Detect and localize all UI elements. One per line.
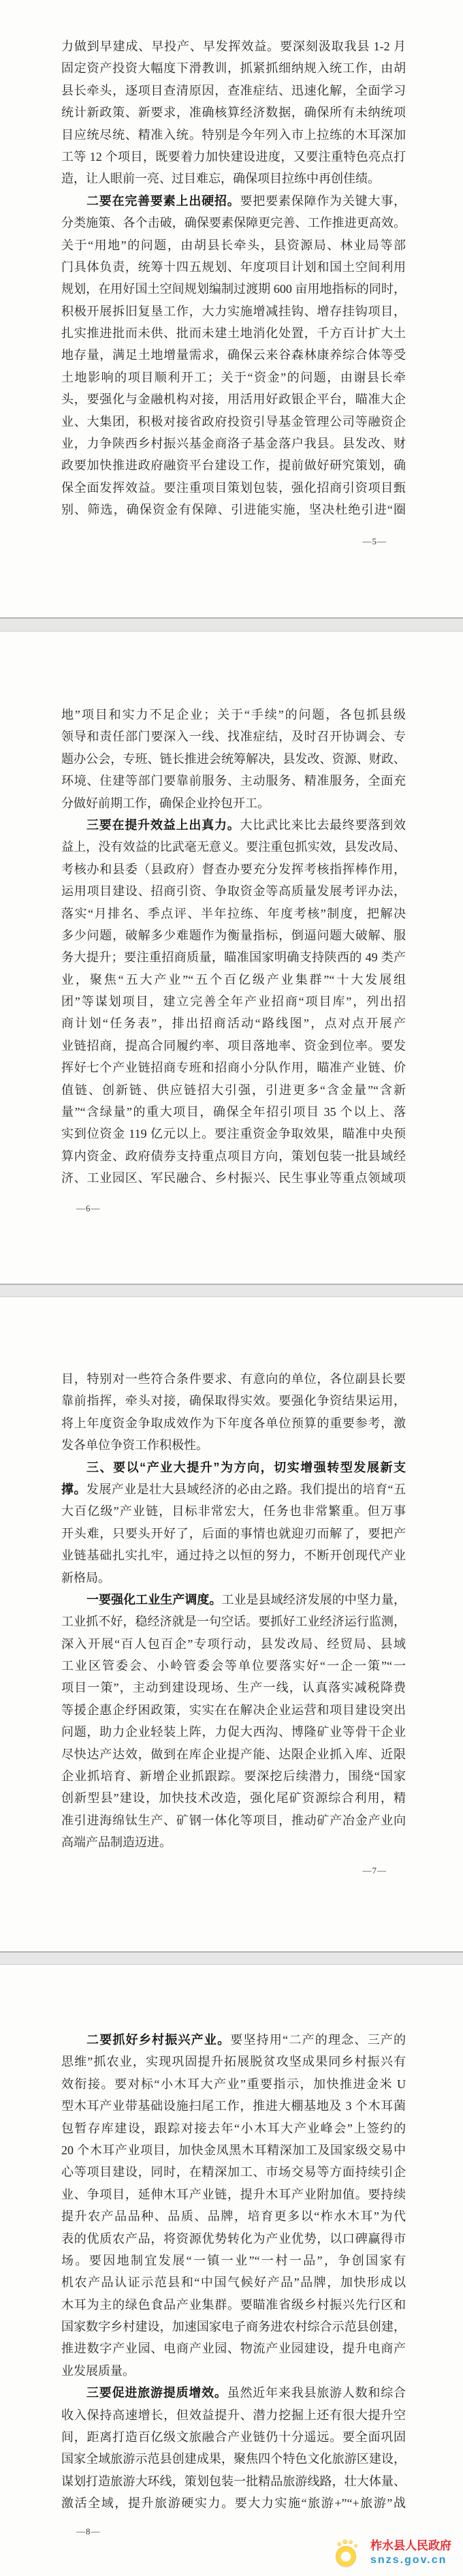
text-line: 靠前指挥，牵头对接，确保取得实效。要强化争资结果运用， (61, 1390, 406, 1412)
text-line: 业，聚焦“五大产业”“五个百亿级产业集群”“十大发展组 (61, 969, 406, 991)
text-line: 统计新政策、新要求，准确核算经济数据，确保所有未纳统项 (61, 102, 406, 123)
text-line: 算内资金、政府债券支持重点项目方向，策划包装一批县域经 (61, 1145, 406, 1167)
text-line: 提升农产品品种、品质、品牌，培育更多以“柞水木耳”为代 (61, 2205, 406, 2227)
text-line: 深入开展“百人包百企”专项行动，县发改局、经贸局、县域 (61, 1633, 406, 1655)
text-line: 落实“月排名、季点评、半年拉练、年度考核”制度，把解决 (61, 903, 406, 925)
text-line: 业链招商，提高合同履约率、项目落地率、资金到位率。要发 (61, 1035, 406, 1057)
text-line: 收入保持高速增长，但效益提升、潜力挖掘上还有很大提升空 (61, 2404, 406, 2426)
text-line: 二要在完善要素上出硬招。要把要素保障作为关键大事， (61, 190, 406, 212)
text-line: 挥好七个产业链招商专班和招商小分队作用，瞄准产业链、价 (61, 1057, 406, 1078)
text-line: 谋划打造旅游大环线，策划包装一批精品旅游线路，壮大体量、 (61, 2470, 406, 2492)
text-line: 商计划“任务表”，排出招商活动“路线图”，点对点开展产 (61, 1012, 406, 1034)
text-line: 准引进海绵钛生产、矿钢一体化等项目，推动矿产冶金产业向 (61, 1810, 406, 1831)
text-line: 工等 12 个项目，既要着力加快建设进度，又要注重特色亮点打 (61, 146, 406, 168)
text-line: 高端产品制造迈进。 (61, 1831, 406, 1853)
text-line: 问题，助力企业轻装上阵，力促大西沟、博隆矿业等骨干企业 (61, 1721, 406, 1743)
document-page-5: 力做到早建成、早投产、早发挥效益。要深刻汲取我县 1-2 月固定资产投资大幅度下… (0, 0, 463, 619)
text-line: 县长牵头，逐项目查清原因，查准症结、迅速化解，全面学习 (61, 80, 406, 102)
text-line: 造，让人眼前一亮、过目难忘，确保项目拉练中再创佳绩。 (61, 168, 406, 189)
text-line: 将上年度资金争取成效作为下年度各单位预算的重要参考，激 (61, 1412, 406, 1434)
text-line: 场。要因地制宜发展“一镇一业”“一村一品”，争创国家有 (61, 2250, 406, 2271)
page-text: 二要抓好乡村振兴产业。要坚持用“二产的理念、三产的思维”抓农业，实现巩固提升拓展… (61, 2029, 406, 2515)
text-line: 包暂存库建设，跟踪对接去年“小木耳大产业峰会”上签约的 (61, 2117, 406, 2139)
text-line: 撑。发展产业是壮大县域经济的必由之路。我们提出的培育“五 (61, 1478, 406, 1500)
text-line: 间，距离打造百亿级文旅融合产业链仍十分遥远。要全面巩固 (61, 2426, 406, 2448)
page-text: 力做到早建成、早投产、早发挥效益。要深刻汲取我县 1-2 月固定资产投资大幅度下… (61, 35, 406, 521)
text-line: 头，要强化与金融机构对接，用活用好政银企平台，瞄准大企 (61, 388, 406, 410)
text-line: 运用项目建设、招商引资、争取资金等高质量发展考评办法， (61, 880, 406, 902)
text-line: 企业抓培育、新增企业抓跟踪。要深挖后续潜力，围绕“国家 (61, 1765, 406, 1787)
text-line: 业、大集团，积极对接省政府投资引导基金管理公司等融资企 (61, 411, 406, 433)
text-line: 机农产品认证示范县和“中国气候好产品”品牌，加快形成以 (61, 2271, 406, 2293)
text-line: 政要加快推进政府融资平台建设工作，提前做好研究策划，确 (61, 454, 406, 476)
text-line: 业链基础扎实扎牢，通过持之以恒的努力，不断开创现代产业 (61, 1545, 406, 1566)
document-page-8: 二要抓好乡村振兴产业。要坚持用“二产的理念、三产的思维”抓农业，实现巩固提升拓展… (0, 1964, 463, 2576)
text-line: 济、工业园区、军民融合、乡村振兴、民生事业等重点领域项 (61, 1167, 406, 1189)
text-line: 激活全域，提升旅游硬实力。要大力实施“旅游+”“+旅游”战 (61, 2492, 406, 2514)
page-number: —8— (76, 2526, 101, 2537)
page-text: 地”项目和实力不足企业；关于“手续”的问题，各包抓县级领导和责任部门要深入一线、… (61, 704, 406, 1190)
text-line: 多少问题，破解多少难题作为衡量指标，倒逼问题大破解、服 (61, 925, 406, 946)
text-line: 业发展质量。 (61, 2360, 406, 2382)
text-line: 一要强化工业生产调度。工业是县域经济发展的中坚力量， (61, 1589, 406, 1611)
text-line: 值链、创新链、供应链招大引强，引进更多“含金量”“含新 (61, 1079, 406, 1101)
text-line: 地”项目和实力不足企业；关于“手续”的问题，各包抓县级 (61, 704, 406, 726)
text-line: 三、要以“产业大提升”为方向，切实增强转型发展新支 (61, 1457, 406, 1478)
watermark-site-name: 柞水县人民政府 (370, 2539, 451, 2553)
text-line: 等援企惠企纾困政策，实实在在解决企业运营和项目建设突出 (61, 1699, 406, 1721)
text-line: 新格局。 (61, 1567, 406, 1589)
text-line: 分做好前期工作，确保企业拎包开工。 (61, 792, 406, 814)
text-line: 力做到早建成、早投产、早发挥效益。要深刻汲取我县 1-2 月 (61, 35, 406, 57)
text-line: 固定资产投资大幅度下滑教训，抓紧抓细纳规入统工作，由胡 (61, 57, 406, 79)
text-line: 实到位资金 119 亿元以上。要注重资金争取效果，瞄准中央预 (61, 1123, 406, 1145)
text-line: 国家数字乡村建设，加速国家电子商务进农村综合示范县创建， (61, 2316, 406, 2338)
document-viewer: { "document": { "watermark": { "site_nam… (0, 0, 463, 2576)
text-line: 业，力争陕西乡村振兴基金商洛子基金落户我县。县发改、财 (61, 433, 406, 454)
text-line: 心等项目建设，同时，在精深加工、市场交易等方面持续引企 (61, 2161, 406, 2183)
text-line: 工业抓不好，稳经济就是一句空话。要抓好工业经济运行监测， (61, 1611, 406, 1632)
text-line: 三要在提升效益上出真力。大比武比来比去最终要落到效 (61, 814, 406, 836)
page-text: 目，特别对一些符合条件要求、有意向的单位，各位副县长要靠前指挥，牵头对接，确保取… (61, 1368, 406, 1854)
watermark-site-url: snzs.gov.cn (370, 2554, 451, 2566)
footprint-logo-icon (335, 2539, 364, 2567)
text-line: 积极开展拆旧复垦工作，大力实施增减挂钩、增存挂钩项目， (61, 300, 406, 322)
text-line: 规划，在用好国土空间规划编制过渡期 600 亩用地指标的同时， (61, 278, 406, 300)
text-line: 务大提升；要注重招商质量，瞄准国家明确支持陕西的 49 类产 (61, 946, 406, 968)
text-line: 思维”抓农业，实现巩固提升拓展脱贫攻坚成果同乡村振兴有 (61, 2051, 406, 2073)
page-number: —5— (363, 536, 387, 547)
text-line: 团”等谋划项目，建立完善全年产业招商“项目库”，列出招 (61, 991, 406, 1012)
text-line: 创新型县”建设，加快技术改造，强化尾矿资源综合利用，精 (61, 1787, 406, 1809)
text-line: 推进数字产业园、电商产业园、物流产业园建设，提升电商产 (61, 2338, 406, 2359)
page-number: —6— (76, 1203, 101, 1214)
text-line: 二要抓好乡村振兴产业。要坚持用“二产的理念、三产的 (61, 2029, 406, 2051)
text-line: 目，特别对一些符合条件要求、有意向的单位，各位副县长要 (61, 1368, 406, 1390)
text-line: 大百亿级”产业链，目标非常宏大，任务也非常繁重。但万事 (61, 1500, 406, 1522)
text-line: 考核办和县委（县政府）督查办要充分发挥考核指挥棒作用， (61, 858, 406, 880)
text-line: 保全面发挥效益。要注重项目策划包装，强化招商引资项目甄 (61, 477, 406, 499)
document-page-7: 目，特别对一些符合条件要求、有意向的单位，各位副县长要靠前指挥，牵头对接，确保取… (0, 1297, 463, 1953)
text-line: 开头难，只要头开好了，后面的事情也就迎刃而解了，要把产 (61, 1523, 406, 1545)
text-line: 项目一策”，主动到建设现场、生产一线，认真落实减税降费 (61, 1677, 406, 1698)
text-line: 国家全域旅游示范县创建成果，聚焦四个特色文化旅游区建设， (61, 2448, 406, 2470)
text-line: 门具体负责，统筹十四五规划、年度项目计划和国土空间利用 (61, 256, 406, 278)
text-line: 别、筛选，确保资金有保障、引进能实施，坚决杜绝引进“圈 (61, 499, 406, 521)
text-line: 尽快达产达效，做到在库企业提产能、达限企业抓入库、近限 (61, 1743, 406, 1765)
page-number: —7— (363, 1865, 387, 1876)
text-line: 发各单位争资工作积极性。 (61, 1434, 406, 1456)
text-line: 20 个木耳产业项目，加快金凤黑木耳精深加工及国家级交易中 (61, 2139, 406, 2161)
text-line: 效衔接。要对标“小木耳大产业”重要指示，加快推进金米 U (61, 2073, 406, 2095)
text-line: 量”“含绿量”的重大项目，确保全年招引项目 35 个以上、落 (61, 1101, 406, 1123)
text-line: 木耳为主的绿色食品产业集群。要瞄准省级乡村振兴先行区和 (61, 2294, 406, 2316)
text-line: 题办公会，专班、链长推进会统筹解决，县发改、资源、财政、 (61, 748, 406, 770)
text-line: 表的优质农产品，将资源优势转化为产业优势，以口碑赢得市 (61, 2228, 406, 2250)
text-line: 分类施策、各个击破，确保要素保障更完善、工作推进更高效。 (61, 212, 406, 234)
text-line: 地存量，满足土地增量需求，确保云来谷森林康养综合体等受 (61, 344, 406, 366)
text-line: 扎实推进批而未供、批而未建土地消化处置，千方百计扩大土 (61, 322, 406, 344)
text-line: 业、争项目，延伸木耳产业链，提升木耳产业附加值。要持续 (61, 2184, 406, 2205)
text-line: 型木耳产业带基础设施扫尾工作，推进大棚基地及 3 个木耳菌 (61, 2095, 406, 2117)
text-line: 环境、住建等部门要靠前服务、主动服务、精准服务，全面充 (61, 770, 406, 792)
gov-watermark: 柞水县人民政府 snzs.gov.cn (335, 2539, 458, 2567)
text-line: 目应统尽统、精准入统。特别是今年列入市上拉练的木耳深加 (61, 124, 406, 146)
document-page-6: 地”项目和实力不足企业；关于“手续”的问题，各包抓县级领导和责任部门要深入一线、… (0, 631, 463, 1285)
text-line: 土地影响的项目顺利开工；关于“资金”的问题，由谢县长牵 (61, 367, 406, 388)
text-line: 工业区管委会、小岭管委会等单位要落实好“一企一策”“一 (61, 1655, 406, 1677)
text-line: 关于“用地”的问题，由胡县长牵头，县资源局、林业局等部 (61, 234, 406, 256)
text-line: 三要促进旅游提质增效。虽然近年来我县旅游人数和综合 (61, 2382, 406, 2404)
text-line: 领导和责任部门要深入一线、找准症结，及时召开协调会、专 (61, 726, 406, 747)
text-line: 益上，没有效益的比武毫无意义。要注重包抓实效，县发改局、 (61, 836, 406, 858)
